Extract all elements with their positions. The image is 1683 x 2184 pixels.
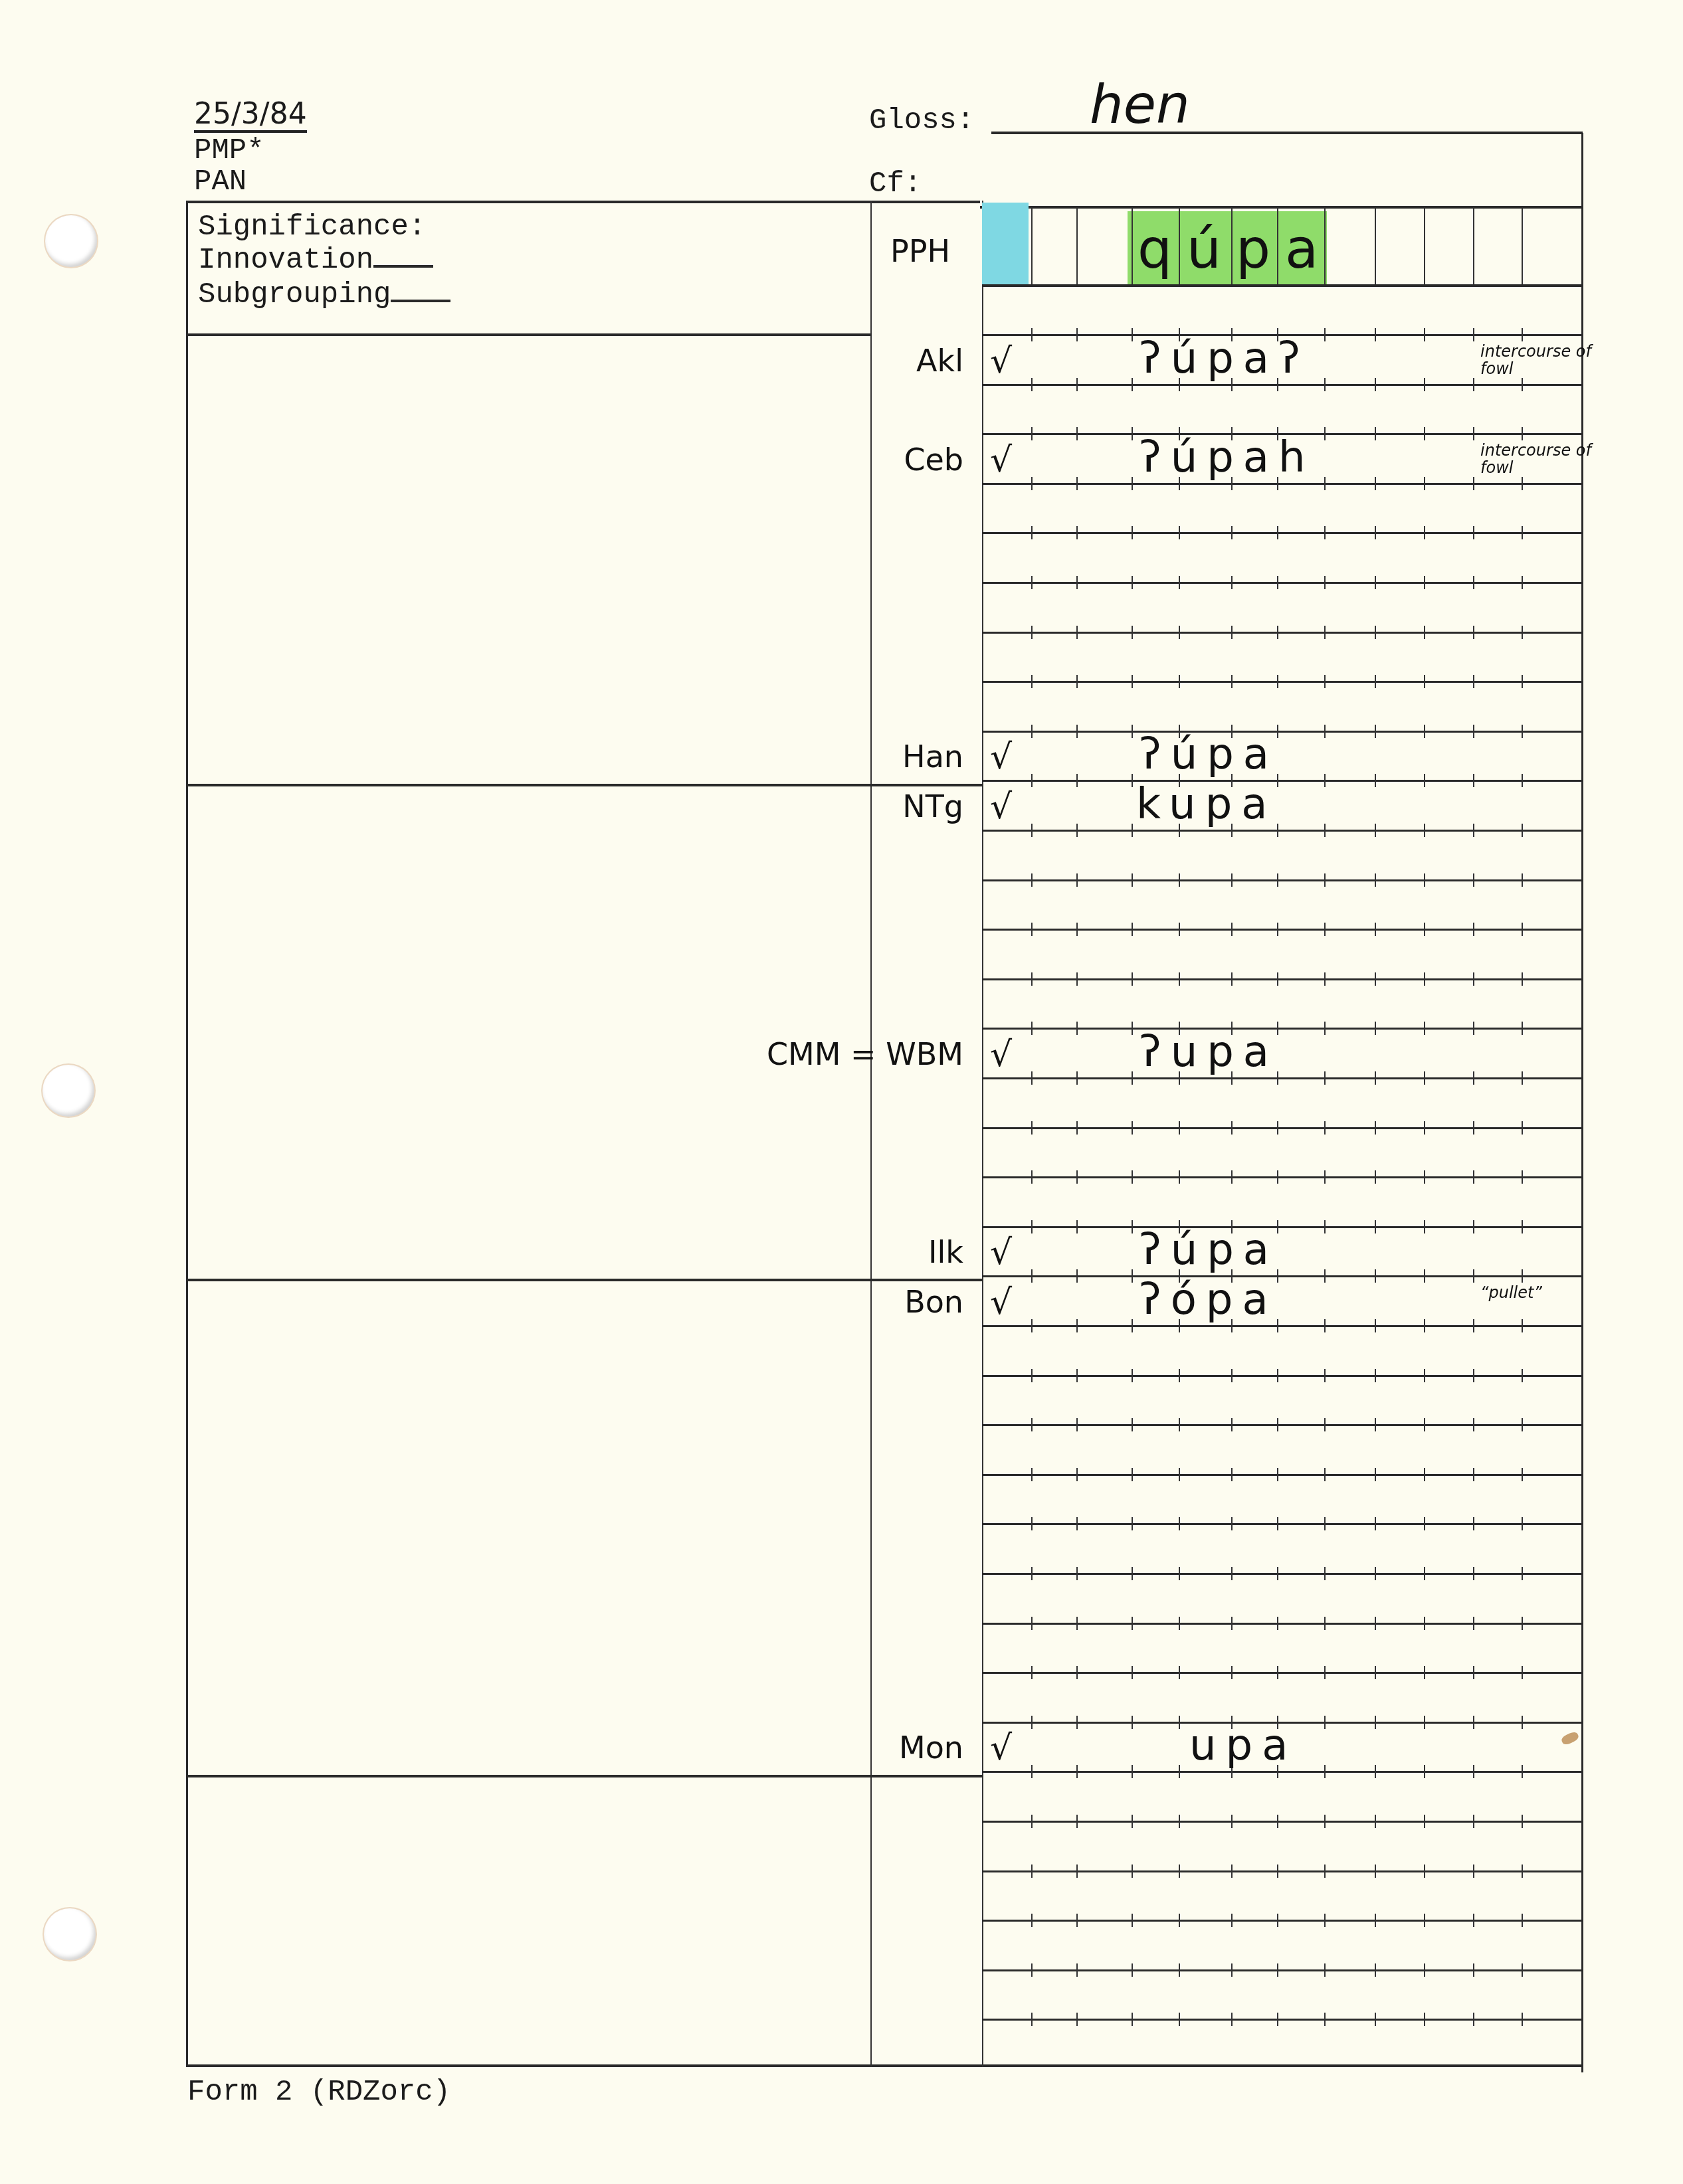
entry-language: Ilk <box>824 1237 963 1267</box>
ruled-line-tick <box>1031 873 1033 887</box>
ruled-line-tick <box>1324 1517 1326 1530</box>
ruled-line-tick <box>1424 1963 1425 1977</box>
ruled-line-tick <box>1031 626 1033 639</box>
ruled-line <box>982 1870 1582 1872</box>
entry-checkmark: √ <box>990 790 1012 824</box>
ruled-line-tick <box>1324 1319 1326 1332</box>
ruled-line-tick <box>1473 378 1474 391</box>
ruled-line-tick <box>1324 1567 1326 1580</box>
ruled-line-tick <box>1522 1567 1523 1580</box>
ruled-line-tick <box>1076 774 1078 787</box>
ruled-line-tick <box>1031 576 1033 589</box>
ruled-line-tick <box>1031 427 1033 440</box>
entry-form: ʔúpaʔ <box>1139 337 1310 380</box>
ruled-line-tick <box>1424 378 1425 391</box>
ruled-line-tick <box>1132 526 1133 539</box>
ruled-line-tick <box>1231 576 1233 589</box>
ruled-line-tick <box>1277 1963 1278 1977</box>
ruled-line-tick <box>1473 725 1474 738</box>
ruled-line-tick <box>1375 1765 1376 1778</box>
ruled-line-tick <box>1076 1468 1078 1481</box>
ruled-line-tick <box>1424 1666 1425 1679</box>
ruled-line <box>982 632 1582 634</box>
ruled-line-tick <box>1179 1369 1180 1382</box>
ruled-line-tick <box>1277 675 1278 688</box>
ruled-line-tick <box>1031 725 1033 738</box>
ruled-line-tick <box>1375 626 1376 639</box>
ruled-line-tick <box>1473 1815 1474 1828</box>
ruled-line-tick <box>1132 923 1133 936</box>
ruled-line-tick <box>1031 1716 1033 1729</box>
ruled-line-tick <box>1424 328 1425 341</box>
ruled-line-tick <box>1076 725 1078 738</box>
entry-form: ʔúpah <box>1139 436 1315 479</box>
significance-title: Significance: <box>198 213 426 242</box>
ruled-line-tick <box>1031 1914 1033 1927</box>
ruled-line-tick <box>1324 576 1326 589</box>
ruled-line-tick <box>1473 526 1474 539</box>
ruled-line-tick <box>1522 1815 1523 1828</box>
ruled-line <box>982 1424 1582 1426</box>
ruled-line-tick <box>1132 1865 1133 1878</box>
pph-grid-cell-divider <box>1375 207 1376 286</box>
entry-language: NTg <box>824 791 963 822</box>
pph-grid-cell-divider <box>1076 207 1078 286</box>
ruled-line-tick <box>1375 378 1376 391</box>
ruled-line-tick <box>1522 675 1523 688</box>
ruled-line-tick <box>1324 873 1326 887</box>
ruled-line-tick <box>1076 526 1078 539</box>
ruled-line-tick <box>1179 1865 1180 1878</box>
ruled-line-tick <box>1277 1418 1278 1431</box>
ruled-line-tick <box>1231 2013 1233 2026</box>
ruled-line-tick <box>1375 1517 1376 1530</box>
ruled-line-tick <box>1522 873 1523 887</box>
ruled-line-tick <box>1231 1865 1233 1878</box>
ruled-line-tick <box>1031 328 1033 341</box>
ruled-line-tick <box>1031 1269 1033 1283</box>
ruled-line-tick <box>1473 1914 1474 1927</box>
ruled-line-tick <box>1076 1369 1078 1382</box>
ruled-line-tick <box>1324 477 1326 490</box>
pph-label: PPH <box>890 236 950 266</box>
ruled-line-tick <box>1231 1170 1233 1184</box>
ruled-line-tick <box>1522 526 1523 539</box>
ruled-line-tick <box>1277 1617 1278 1630</box>
ruled-line-tick <box>1277 576 1278 589</box>
ruled-line-tick <box>1375 1963 1376 1977</box>
ruled-line-tick <box>1031 675 1033 688</box>
pph-cyan-highlight <box>982 203 1029 286</box>
ruled-line-tick <box>1473 1121 1474 1135</box>
ruled-line-tick <box>1375 1319 1376 1332</box>
ruled-line-tick <box>1076 1170 1078 1184</box>
ruled-line-tick <box>1522 824 1523 837</box>
ruled-line-tick <box>1076 378 1078 391</box>
ruled-line-tick <box>1277 1666 1278 1679</box>
ruled-line-tick <box>1324 1220 1326 1233</box>
pph-row-bottom <box>982 284 1583 287</box>
binder-hole-top <box>45 215 97 267</box>
ruled-line-tick <box>1179 1617 1180 1630</box>
ruled-line-tick <box>1132 2013 1133 2026</box>
ruled-line-tick <box>1277 1369 1278 1382</box>
ruled-line-tick <box>1375 923 1376 936</box>
ruled-line-tick <box>1375 1418 1376 1431</box>
ruled-line-tick <box>1076 1865 1078 1878</box>
ruled-line-tick <box>1424 1369 1425 1382</box>
ruled-line-tick <box>1522 1418 1523 1431</box>
ruled-line-tick <box>1031 1765 1033 1778</box>
ruled-line-tick <box>1424 725 1425 738</box>
ruled-line-tick <box>1375 1666 1376 1679</box>
ruled-line <box>982 978 1582 980</box>
ruled-line-tick <box>1132 1963 1133 1977</box>
ruled-line-tick <box>1424 2013 1425 2026</box>
ruled-line-tick <box>1375 1220 1376 1233</box>
ruled-line-tick <box>1031 1071 1033 1085</box>
frame-right-upper <box>1581 133 1583 2072</box>
ruled-line-tick <box>1522 1914 1523 1927</box>
ruled-line-tick <box>1076 1269 1078 1283</box>
column-divider-left <box>870 201 872 2067</box>
frame-bottom <box>186 2064 1583 2067</box>
ruled-line-tick <box>1132 725 1133 738</box>
ruled-line-tick <box>1522 1517 1523 1530</box>
ruled-line-tick <box>1231 923 1233 936</box>
ruled-line-tick <box>1231 972 1233 986</box>
ruled-line-tick <box>1031 1468 1033 1481</box>
ruled-line-tick <box>1031 824 1033 837</box>
ruled-line-tick <box>1179 526 1180 539</box>
ruled-line-tick <box>1424 1468 1425 1481</box>
ruled-line-tick <box>1375 477 1376 490</box>
ruled-line-tick <box>1473 576 1474 589</box>
ruled-line-tick <box>1277 1815 1278 1828</box>
ruled-line-tick <box>1031 1121 1033 1135</box>
ruled-line-tick <box>1132 1567 1133 1580</box>
ruled-line-tick <box>1132 1666 1133 1679</box>
ruled-line <box>982 1474 1582 1476</box>
ruled-line-tick <box>1522 725 1523 738</box>
ruled-line-tick <box>1076 1517 1078 1530</box>
ruled-line-tick <box>1324 1170 1326 1184</box>
ruled-line-tick <box>1424 1071 1425 1085</box>
ruled-line-tick <box>1076 328 1078 341</box>
ruled-line-tick <box>1277 1567 1278 1580</box>
significance-box-bottom <box>186 333 870 336</box>
ruled-line-tick <box>1522 923 1523 936</box>
ruled-line-tick <box>1424 477 1425 490</box>
ruled-line-tick <box>1522 1369 1523 1382</box>
ruled-line-tick <box>1076 576 1078 589</box>
ruled-line-tick <box>1324 1369 1326 1382</box>
ruled-line-tick <box>1473 1963 1474 1977</box>
ruled-line <box>982 384 1582 386</box>
pan-label: PAN <box>194 167 247 197</box>
section-divider-3 <box>186 1775 983 1777</box>
ruled-line-tick <box>1132 378 1133 391</box>
ruled-line-tick <box>1375 427 1376 440</box>
ruled-line-tick <box>1132 1022 1133 1035</box>
ruled-line <box>982 2019 1582 2021</box>
subgrouping-blank[interactable] <box>391 297 450 302</box>
ruled-line-tick <box>1473 1617 1474 1630</box>
ruled-line-tick <box>1132 477 1133 490</box>
ruled-line-tick <box>1424 675 1425 688</box>
ruled-line-tick <box>1324 427 1326 440</box>
ruled-line-tick <box>1375 1170 1376 1184</box>
ruled-line-tick <box>1324 824 1326 837</box>
ruled-line-tick <box>1473 1517 1474 1530</box>
ruled-line-tick <box>1424 1121 1425 1135</box>
ruled-line-tick <box>1375 576 1376 589</box>
ruled-line-tick <box>1324 2013 1326 2026</box>
entry-language: Mon <box>824 1732 963 1763</box>
ruled-line-tick <box>1031 1418 1033 1431</box>
ruled-line-tick <box>1076 1418 1078 1431</box>
entry-checkmark: √ <box>990 443 1012 478</box>
ruled-line-tick <box>1473 1319 1474 1332</box>
ruled-line-tick <box>1324 378 1326 391</box>
ruled-line-tick <box>1179 1567 1180 1580</box>
ruled-line-tick <box>1324 1666 1326 1679</box>
pph-form: qúpa <box>1138 223 1333 277</box>
ruled-line-tick <box>1132 626 1133 639</box>
ruled-line-tick <box>1522 1666 1523 1679</box>
innovation-text: Innovation <box>198 244 373 277</box>
ruled-line-tick <box>1132 774 1133 787</box>
ruled-line-tick <box>1324 1071 1326 1085</box>
entry-language: Han <box>824 741 963 772</box>
ruled-line-tick <box>1031 1865 1033 1878</box>
ruled-line-tick <box>1179 576 1180 589</box>
ruled-line-tick <box>1473 1716 1474 1729</box>
ruled-line-tick <box>1231 1369 1233 1382</box>
ruled-line-tick <box>1375 873 1376 887</box>
ruled-line-tick <box>1231 626 1233 639</box>
entry-note: intercourse of fowl <box>1480 442 1613 476</box>
ruled-line-tick <box>1076 972 1078 986</box>
section-divider-2 <box>186 1279 983 1281</box>
form-footer-label: Form 2 (RDZorc) <box>187 2078 450 2107</box>
ruled-line-tick <box>1424 1914 1425 1927</box>
ruled-line-tick <box>1076 1121 1078 1135</box>
ruled-line-tick <box>1324 1269 1326 1283</box>
ruled-line-tick <box>1324 1617 1326 1630</box>
ruled-line-tick <box>1179 1121 1180 1135</box>
ruled-line-tick <box>1076 824 1078 837</box>
ruled-line-tick <box>1324 1022 1326 1035</box>
pph-grid-cell-divider <box>1424 207 1425 286</box>
ruled-line <box>982 483 1582 485</box>
ruled-line-tick <box>1179 923 1180 936</box>
ruled-line-tick <box>1375 1567 1376 1580</box>
ruled-line-tick <box>1132 576 1133 589</box>
ruled-line-tick <box>1277 1914 1278 1927</box>
ruled-line-tick <box>1076 626 1078 639</box>
ruled-line-tick <box>1424 824 1425 837</box>
entry-checkmark: √ <box>990 344 1012 379</box>
ruled-line-tick <box>1522 576 1523 589</box>
ruled-line <box>982 1920 1582 1922</box>
ruled-line-tick <box>1231 1617 1233 1630</box>
ruled-line-tick <box>1375 1865 1376 1878</box>
pph-grid-cell-divider <box>1473 207 1474 286</box>
ruled-line-tick <box>1179 1468 1180 1481</box>
ruled-line <box>982 780 1582 782</box>
ruled-line-tick <box>1324 972 1326 986</box>
ruled-line-tick <box>1473 1567 1474 1580</box>
ruled-line-tick <box>1375 972 1376 986</box>
ruled-line-tick <box>1324 1468 1326 1481</box>
ruled-line-tick <box>1473 1071 1474 1085</box>
ruled-line-tick <box>1522 1468 1523 1481</box>
ruled-line-tick <box>1132 873 1133 887</box>
ruled-line-tick <box>1324 526 1326 539</box>
innovation-label: Innovation <box>198 246 433 275</box>
innovation-blank[interactable] <box>373 262 433 268</box>
subgrouping-label: Subgrouping <box>198 280 450 310</box>
ruled-line-tick <box>1132 1071 1133 1085</box>
ruled-line-tick <box>1473 1170 1474 1184</box>
ruled-line-tick <box>1231 1567 1233 1580</box>
ruled-line-tick <box>1324 1914 1326 1927</box>
ruled-line-tick <box>1179 1517 1180 1530</box>
ruled-line <box>982 681 1582 683</box>
ruled-line-tick <box>1179 1914 1180 1927</box>
ruled-line-tick <box>1324 1865 1326 1878</box>
ruled-line-tick <box>1375 824 1376 837</box>
ruled-line-tick <box>1324 1418 1326 1431</box>
ruled-line-tick <box>1324 1121 1326 1135</box>
ruled-line-tick <box>1132 1517 1133 1530</box>
ruled-line-tick <box>1031 774 1033 787</box>
ruled-line-tick <box>1324 774 1326 787</box>
gloss-underline <box>991 132 1583 134</box>
ruled-line-tick <box>1473 1418 1474 1431</box>
ruled-line-tick <box>1375 675 1376 688</box>
ruled-line <box>982 1672 1582 1674</box>
ruled-line-tick <box>1424 526 1425 539</box>
ruled-line-tick <box>1179 1418 1180 1431</box>
ruled-line-tick <box>1324 626 1326 639</box>
ruled-line-tick <box>1132 1269 1133 1283</box>
ruled-line <box>982 1226 1582 1228</box>
ruled-line-tick <box>1132 1319 1133 1332</box>
ruled-line-tick <box>1522 1121 1523 1135</box>
entry-checkmark: √ <box>990 740 1012 774</box>
ruled-line-tick <box>1424 1567 1425 1580</box>
ruled-line-tick <box>1473 675 1474 688</box>
ruled-line-tick <box>1522 1865 1523 1878</box>
ruled-line-tick <box>1231 1121 1233 1135</box>
ruled-line-tick <box>1522 427 1523 440</box>
ruled-line-tick <box>1424 923 1425 936</box>
entry-note: intercourse of fowl <box>1480 343 1613 377</box>
ruled-line-tick <box>1473 1269 1474 1283</box>
ruled-line-tick <box>1424 1418 1425 1431</box>
ruled-line-tick <box>1179 1666 1180 1679</box>
ruled-line-tick <box>1132 328 1133 341</box>
ruled-line-tick <box>1324 328 1326 341</box>
ruled-line-tick <box>1031 1170 1033 1184</box>
pph-grid-cell-divider <box>1132 207 1133 286</box>
ruled-line-tick <box>1522 774 1523 787</box>
ruled-line-tick <box>1031 526 1033 539</box>
ruled-line-tick <box>1031 1963 1033 1977</box>
ruled-line-tick <box>1031 1022 1033 1035</box>
pph-grid-cell-divider <box>1522 207 1523 286</box>
ruled-line-tick <box>1424 1319 1425 1332</box>
ruled-line-tick <box>1473 1220 1474 1233</box>
entry-note: “pullet” <box>1480 1284 1613 1301</box>
ruled-line-tick <box>1277 1121 1278 1135</box>
ruled-line-tick <box>1277 2013 1278 2026</box>
ruled-line-tick <box>1076 1716 1078 1729</box>
pph-grid-cell-divider <box>1031 207 1033 286</box>
ruled-line-tick <box>1132 972 1133 986</box>
ruled-line-tick <box>1277 626 1278 639</box>
entry-checkmark: √ <box>990 1285 1012 1320</box>
ruled-line-tick <box>1179 1716 1180 1729</box>
ruled-line-tick <box>1277 1170 1278 1184</box>
ruled-line-tick <box>1473 1865 1474 1878</box>
ruled-line-tick <box>1132 427 1133 440</box>
ruled-line-tick <box>1132 1617 1133 1630</box>
ruled-line-tick <box>1375 774 1376 787</box>
ruled-line <box>982 1573 1582 1575</box>
ruled-line-tick <box>1179 675 1180 688</box>
ruled-line-tick <box>1076 923 1078 936</box>
ruled-line-tick <box>1324 923 1326 936</box>
cf-label: Cf: <box>869 169 922 199</box>
ruled-line-tick <box>1231 1517 1233 1530</box>
ruled-line <box>982 582 1582 584</box>
ruled-line-tick <box>1231 1963 1233 1977</box>
ruled-line-tick <box>1473 923 1474 936</box>
ruled-line-tick <box>1375 1815 1376 1828</box>
binder-hole-middle <box>43 1065 94 1117</box>
ruled-line-tick <box>1031 972 1033 986</box>
entry-form: upa <box>1189 1724 1297 1767</box>
ruled-line-tick <box>1231 526 1233 539</box>
ruled-line-tick <box>1424 1220 1425 1233</box>
ruled-line-tick <box>1522 378 1523 391</box>
ruled-line-tick <box>1031 477 1033 490</box>
ruled-line-tick <box>1522 477 1523 490</box>
ruled-line-tick <box>1324 1716 1326 1729</box>
ruled-line-tick <box>1132 1468 1133 1481</box>
ruled-line-tick <box>1522 1716 1523 1729</box>
gloss-label: Gloss: <box>869 106 974 136</box>
entry-form: ʔópa <box>1139 1279 1278 1321</box>
ruled-line-tick <box>1522 1269 1523 1283</box>
ruled-line-tick <box>1375 328 1376 341</box>
ruled-line-tick <box>1522 1220 1523 1233</box>
ruled-line-tick <box>1277 824 1278 837</box>
ruled-line-tick <box>1424 774 1425 787</box>
ruled-line-tick <box>1076 1220 1078 1233</box>
entry-language: Akl <box>824 345 963 376</box>
ruled-line <box>982 1523 1582 1525</box>
ruled-line <box>982 1275 1582 1277</box>
ruled-line-tick <box>1375 1716 1376 1729</box>
ruled-line-tick <box>1076 1319 1078 1332</box>
ruled-line-tick <box>1231 1914 1233 1927</box>
ruled-line-tick <box>1179 1170 1180 1184</box>
ruled-line-tick <box>1424 972 1425 986</box>
